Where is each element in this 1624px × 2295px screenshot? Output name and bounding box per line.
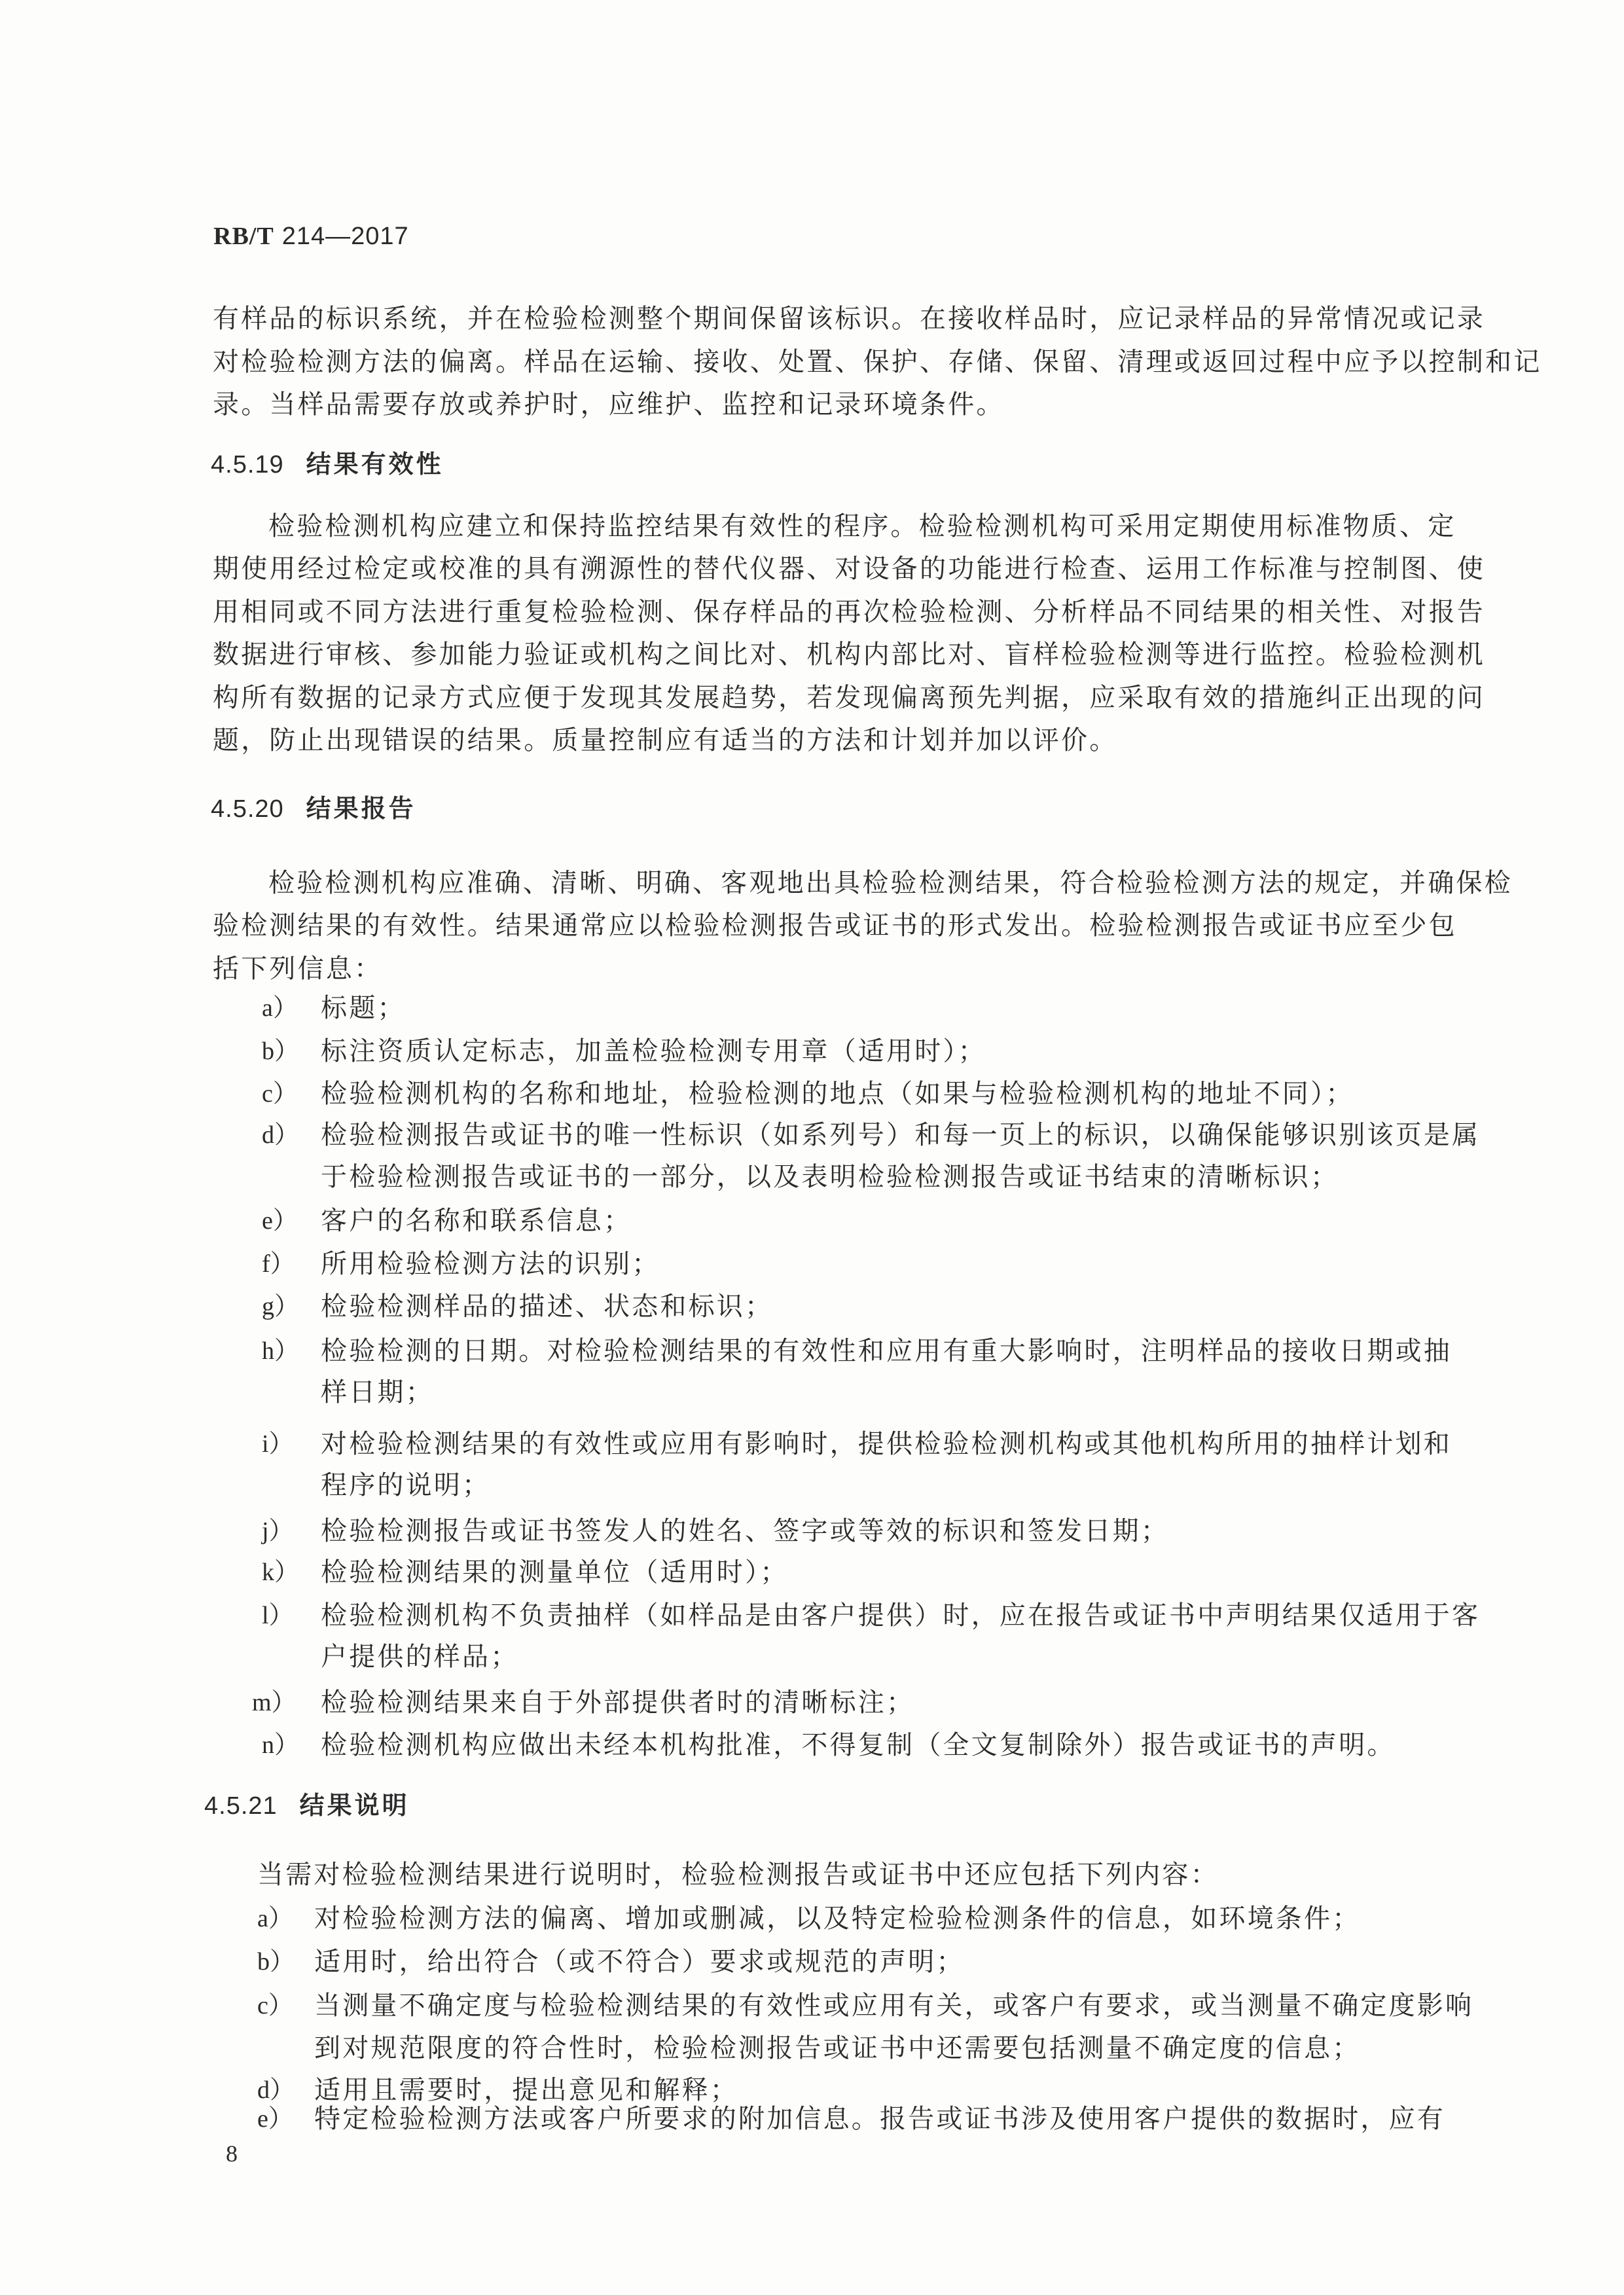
list-label: d） xyxy=(262,1120,299,1150)
body-line: 构所有数据的记录方式应便于发现其发展趋势，若发现偏离预先判据，应采取有效的措施纠… xyxy=(213,683,1485,713)
list-label: d） xyxy=(257,2075,295,2105)
list-label: c） xyxy=(262,1079,298,1109)
body-line: 有样品的标识系统，并在检验检测整个期间保留该标识。在接收样品时，应记录样品的异常… xyxy=(213,304,1485,334)
list-label: l） xyxy=(262,1600,294,1631)
list-label: f） xyxy=(262,1249,295,1279)
list-item: 对检验检测方法的偏离、增加或删减，以及特定检验检测条件的信息，如环境条件； xyxy=(314,1904,1360,1934)
standard-code: RB/T xyxy=(213,223,274,250)
body-line: 录。当样品需要存放或养护时，应维护、监控和记录环境条件。 xyxy=(213,389,1005,420)
list-label: i） xyxy=(262,1429,294,1459)
section-number: 4.5.20 xyxy=(211,795,284,823)
list-label: e） xyxy=(257,2104,293,2134)
list-item-continuation: 程序的说明； xyxy=(321,1470,490,1500)
list-item-continuation: 到对规范限度的符合性时，检验检测报告或证书中还需要包括测量不确定度的信息； xyxy=(314,2033,1360,2063)
section-number: 4.5.21 xyxy=(204,1792,278,1820)
page-number: 8 xyxy=(226,2139,238,2168)
document-page: RB/T214—2017 有样品的标识系统，并在检验检测整个期间保留该标识。在接… xyxy=(0,0,1624,2295)
section-title: 结果报告 xyxy=(306,794,416,823)
section-title: 结果说明 xyxy=(300,1791,410,1820)
section-heading-4-5-21: 4.5.21结果说明 xyxy=(204,1790,410,1821)
section-title: 结果有效性 xyxy=(306,450,444,479)
list-item: 检验检测结果的测量单位（适用时）； xyxy=(321,1557,788,1587)
list-label: n） xyxy=(262,1730,299,1760)
body-line: 期使用经过检定或校准的具有溯源性的替代仪器、对设备的功能进行检查、运用工作标准与… xyxy=(213,554,1485,584)
list-item: 检验检测机构应做出未经本机构批准，不得复制（全文复制除外）报告或证书的声明。 xyxy=(321,1730,1396,1760)
list-label: h） xyxy=(262,1336,299,1366)
list-label: c） xyxy=(257,1991,293,2021)
list-label: j） xyxy=(262,1516,294,1546)
section-heading-4-5-20: 4.5.20结果报告 xyxy=(211,793,416,824)
standard-number: 214—2017 xyxy=(282,223,409,250)
list-label: m） xyxy=(252,1688,297,1718)
body-line: 题，防止出现错误的结果。质量控制应有适当的方法和计划并加以评价。 xyxy=(213,725,1117,755)
list-item: 检验检测报告或证书签发人的姓名、签字或等效的标识和签发日期； xyxy=(321,1516,1169,1546)
section-number: 4.5.19 xyxy=(211,451,284,479)
body-line: 检验检测机构应建立和保持监控结果有效性的程序。检验检测机构可采用定期使用标准物质… xyxy=(268,511,1456,541)
body-line: 用相同或不同方法进行重复检验检测、保存样品的再次检验检测、分析样品不同结果的相关… xyxy=(213,597,1485,627)
list-item: 检验检测样品的描述、状态和标识； xyxy=(321,1292,773,1322)
list-item: 检验检测机构的名称和地址，检验检测的地点（如果与检验检测机构的地址不同）； xyxy=(321,1079,1354,1109)
list-item-continuation: 户提供的样品； xyxy=(321,1642,518,1672)
list-item: 检验检测报告或证书的唯一性标识（如系列号）和每一页上的标识，以确保能够识别该页是… xyxy=(321,1120,1480,1150)
list-item: 检验检测的日期。对检验检测结果的有效性和应用有重大影响时，注明样品的接收日期或抽 xyxy=(321,1336,1452,1366)
list-item: 对检验检测结果的有效性或应用有影响时，提供检验检测机构或其他机构所用的抽样计划和 xyxy=(321,1429,1452,1459)
body-line: 数据进行审核、参加能力验证或机构之间比对、机构内部比对、盲样检验检测等进行监控。… xyxy=(213,640,1485,670)
list-label: b） xyxy=(262,1036,299,1066)
list-item: 客户的名称和联系信息； xyxy=(321,1206,632,1236)
list-item-continuation: 样日期； xyxy=(321,1377,434,1407)
list-item: 当测量不确定度与检验检测结果的有效性或应用有关，或客户有要求，或当测量不确定度影… xyxy=(314,1991,1473,2021)
list-label: a） xyxy=(257,1904,293,1934)
list-item: 适用时，给出符合（或不符合）要求或规范的声明； xyxy=(314,1947,965,1977)
list-label: b） xyxy=(257,1947,295,1977)
body-line: 当需对检验检测结果进行说明时，检验检测报告或证书中还应包括下列内容： xyxy=(257,1860,1219,1890)
list-label: k） xyxy=(262,1557,299,1587)
section-heading-4-5-19: 4.5.19结果有效性 xyxy=(211,449,444,480)
list-label: e） xyxy=(262,1206,298,1236)
list-item: 适用且需要时，提出意见和解释； xyxy=(314,2075,738,2105)
list-item: 检验检测结果来自于外部提供者时的清晰标注； xyxy=(321,1688,914,1718)
list-item: 标题； xyxy=(321,993,406,1023)
list-item: 检验检测机构不负责抽样（如样品是由客户提供）时，应在报告或证书中声明结果仅适用于… xyxy=(321,1600,1480,1631)
list-label: g） xyxy=(262,1292,299,1322)
body-line: 括下列信息： xyxy=(213,954,382,984)
list-item: 标注资质认定标志，加盖检验检测专用章（适用时）； xyxy=(321,1036,986,1066)
standard-code-header: RB/T214—2017 xyxy=(213,221,409,251)
body-line: 检验检测机构应准确、清晰、明确、客观地出具检验检测结果，符合检验检测方法的规定，… xyxy=(268,868,1513,898)
list-item: 特定检验检测方法或客户所要求的附加信息。报告或证书涉及使用客户提供的数据时，应有 xyxy=(314,2104,1445,2134)
list-item-continuation: 于检验检测报告或证书的一部分，以及表明检验检测报告或证书结束的清晰标识； xyxy=(321,1162,1339,1192)
body-line: 对检验检测方法的偏离。样品在运输、接收、处置、保护、存储、保留、清理或返回过程中… xyxy=(213,347,1542,377)
body-line: 验检测结果的有效性。结果通常应以检验检测报告或证书的形式发出。检验检测报告或证书… xyxy=(213,911,1457,941)
list-label: a） xyxy=(262,993,298,1023)
list-item: 所用检验检测方法的识别； xyxy=(321,1249,660,1279)
